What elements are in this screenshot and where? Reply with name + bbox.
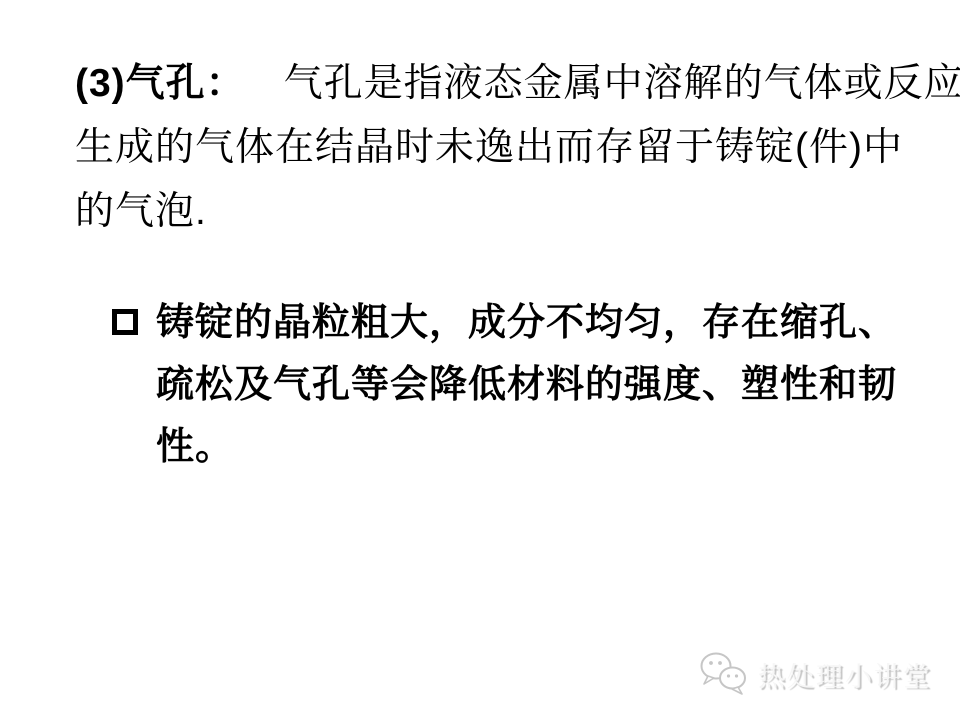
hollow-square-bullet-icon [112,309,138,335]
bullet-item: 铸锭的晶粒粗大，成分不均匀，存在缩孔、 疏松及气孔等会降低材料的强度、塑性和韧 … [112,292,897,478]
paragraph-line-1-text: 气孔是指液态金属中溶解的气体或反应 [284,62,960,105]
bullet-line-1: 铸锭的晶粒粗大，成分不均匀，存在缩孔、 [156,292,897,354]
slide-canvas: (3)气孔：气孔是指液态金属中溶解的气体或反应 生成的气体在结晶时未逸出而存留于… [0,0,960,720]
wechat-icon [698,650,750,698]
bullet-line-3: 性。 [156,416,897,478]
paragraph-line-2: 生成的气体在结晶时未逸出而存留于铸锭(件)中 [75,116,905,180]
paragraph-line-3: 的气泡. [75,180,905,244]
bullet-text: 铸锭的晶粒粗大，成分不均匀，存在缩孔、 疏松及气孔等会降低材料的强度、塑性和韧 … [156,292,897,478]
watermark: 热处理小讲堂 [698,650,932,698]
term-label: (3)气孔： [75,62,246,105]
paragraph-line-1: (3)气孔：气孔是指液态金属中溶解的气体或反应 [75,52,905,116]
bullet-line-2: 疏松及气孔等会降低材料的强度、塑性和韧 [156,354,897,416]
watermark-label: 热处理小讲堂 [758,655,932,694]
definition-paragraph: (3)气孔：气孔是指液态金属中溶解的气体或反应 生成的气体在结晶时未逸出而存留于… [75,52,905,244]
